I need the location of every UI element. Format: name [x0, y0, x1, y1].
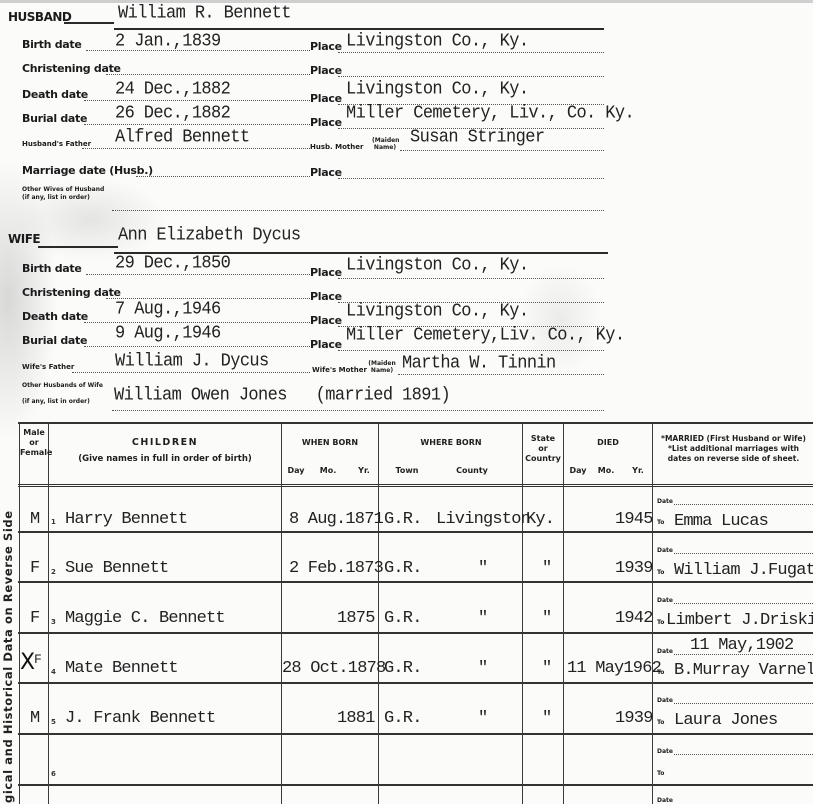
- wife-father: William J. Dycus: [115, 351, 269, 372]
- rule: [38, 246, 118, 248]
- dotted-line: [82, 148, 310, 149]
- wife-death-place: Livingston Co., Ky.: [346, 301, 528, 322]
- header-text: or: [523, 444, 563, 454]
- child-name: Maggie C. Bennett: [65, 609, 225, 628]
- header-children: CHILDREN: [50, 438, 280, 448]
- married-date-label: Date: [657, 748, 673, 755]
- row-rule: [18, 784, 813, 786]
- child-born: 1881: [337, 709, 375, 728]
- child-born: 2 Feb.1873: [289, 559, 383, 578]
- child-number: 5: [51, 718, 56, 726]
- child-town: G.R.: [384, 510, 422, 529]
- child-state: ": [542, 659, 551, 678]
- header-died: DIED: [564, 438, 652, 448]
- child-number: 6: [51, 770, 56, 778]
- col-rule: [48, 422, 49, 804]
- header-died-year: Yr.: [628, 466, 648, 476]
- husband-death-place: Livingston Co., Ky.: [346, 79, 528, 100]
- col-rule: [19, 422, 20, 804]
- child-town: G.R.: [384, 709, 422, 728]
- header-text: dates on reverse side of sheet.: [654, 454, 813, 464]
- header-sex: Male or Female: [20, 428, 48, 458]
- husband-death-date: 24 Dec.,1882: [115, 79, 230, 100]
- header-children-sub: (Give names in full in order of birth): [50, 454, 280, 464]
- child-married-to: William J.Fugate: [674, 561, 813, 580]
- married-date-label: Date: [657, 797, 673, 804]
- place-label: Place: [310, 64, 342, 77]
- row-rule: [18, 682, 813, 684]
- row-rule: [18, 632, 813, 634]
- husband-birth-date: 2 Jan.,1839: [115, 31, 221, 52]
- child-married-to: Limbert J.Driskill: [666, 611, 813, 630]
- death-date-label: Death date: [22, 88, 88, 101]
- row-rule: [18, 733, 813, 735]
- dotted-line: [674, 754, 813, 755]
- place-label: Place: [310, 338, 342, 351]
- child-died: 1939: [615, 709, 653, 728]
- rule: [114, 28, 604, 30]
- genealogy-family-group-sheet: HUSBAND William R. Bennett Birth date 2 …: [0, 0, 813, 804]
- row-rule: [18, 581, 813, 583]
- child-name: Mate Bennett: [65, 659, 178, 678]
- child-county: Livingston: [436, 510, 530, 529]
- husband-mother-label: Husb. Mother: [310, 143, 363, 151]
- place-label: Place: [310, 290, 342, 303]
- dotted-line: [112, 410, 604, 411]
- dotted-line: [136, 176, 310, 177]
- place-label: Place: [310, 166, 342, 179]
- child-county: ": [478, 559, 487, 578]
- child-died: 1939: [615, 559, 653, 578]
- husband-father-label: Husband's Father: [22, 140, 91, 148]
- dotted-line: [338, 278, 604, 279]
- married-date-label: Date: [657, 498, 673, 505]
- child-town: G.R.: [384, 609, 422, 628]
- child-sex: F: [34, 652, 41, 667]
- married-to-label: To: [657, 669, 664, 676]
- header-text: or: [20, 438, 48, 448]
- husband-burial-date: 26 Dec.,1882: [115, 103, 230, 124]
- child-name: J. Frank Bennett: [65, 709, 215, 728]
- header-day: Day: [286, 466, 306, 476]
- wife-burial-date: 9 Aug.,1946: [115, 323, 221, 344]
- dotted-line: [72, 372, 310, 373]
- child-born: 28 Oct.1878: [282, 659, 385, 678]
- burial-date-label: Burial date: [22, 112, 87, 125]
- table-top-rule: [18, 422, 813, 424]
- other-husbands-label: Other Husbands of Wife: [22, 382, 103, 389]
- married-to-label: To: [657, 719, 664, 726]
- wife-mother: Martha W. Tinnin: [402, 353, 556, 374]
- header-died-day: Day: [568, 466, 588, 476]
- child-county: ": [478, 709, 487, 728]
- dotted-line: [84, 100, 310, 101]
- place-label: Place: [310, 266, 342, 279]
- header-bottom-rule: [18, 484, 813, 487]
- child-state: ": [542, 709, 551, 728]
- dotted-line: [338, 178, 604, 179]
- child-town: G.R.: [384, 559, 422, 578]
- header-when-born: WHEN BORN: [282, 438, 378, 448]
- child-number: 4: [51, 668, 56, 676]
- child-name: Harry Bennett: [65, 510, 187, 529]
- header-text: Male: [20, 428, 48, 438]
- child-sex: F: [30, 609, 39, 628]
- burial-date-label: Burial date: [22, 334, 87, 347]
- husband-burial-place: Miller Cemetery, Liv., Co. Ky.: [346, 103, 634, 124]
- header-where-born: WHERE BORN: [380, 438, 522, 448]
- check-mark-x: X: [20, 650, 35, 675]
- place-label: Place: [310, 116, 342, 129]
- header-text: Country: [523, 454, 563, 464]
- header-month: Mo.: [318, 466, 338, 476]
- wife-death-date: 7 Aug.,1946: [115, 299, 221, 320]
- child-died: 1945: [615, 510, 653, 529]
- marriage-date-label: Marriage date (Husb.): [22, 164, 153, 177]
- child-married-to: Emma Lucas: [674, 512, 768, 531]
- husband-name: William R. Bennett: [118, 3, 291, 24]
- maiden-name-label: (Maiden Name): [368, 360, 396, 374]
- child-sex: F: [30, 559, 39, 578]
- col-rule: [378, 422, 379, 804]
- married-date-label: Date: [657, 697, 673, 704]
- wife-mother-label: Wife's Mother: [312, 366, 367, 374]
- husband-mother: Susan Stringer: [410, 127, 544, 148]
- child-county: ": [478, 609, 487, 628]
- header-text: Female: [20, 448, 48, 458]
- child-state: ": [542, 609, 551, 628]
- child-died: 1942: [615, 609, 653, 628]
- child-married-date: 11 May,1902: [690, 636, 793, 655]
- header-state: State or Country: [523, 434, 563, 464]
- header-year: Yr.: [354, 466, 374, 476]
- dotted-line: [338, 76, 604, 77]
- header-county: County: [454, 466, 490, 476]
- child-sex: M: [30, 709, 39, 728]
- dotted-line: [338, 350, 604, 351]
- child-town: G.R.: [384, 659, 422, 678]
- husband-father: Alfred Bennett: [115, 127, 249, 148]
- maiden-name-label: (Maiden Name): [372, 137, 398, 151]
- dotted-line: [674, 603, 813, 604]
- dotted-line: [106, 74, 310, 75]
- child-number: 1: [51, 518, 56, 526]
- married-to-label: To: [657, 619, 664, 626]
- header-died-month: Mo.: [596, 466, 616, 476]
- husband-birth-place: Livingston Co., Ky.: [346, 31, 528, 52]
- child-number: 2: [51, 568, 56, 576]
- child-born: 1875: [337, 609, 375, 628]
- header-text: State: [523, 434, 563, 444]
- dotted-line: [398, 374, 604, 375]
- child-number: 3: [51, 618, 56, 626]
- married-to-label: To: [657, 770, 664, 777]
- birth-date-label: Birth date: [22, 38, 82, 51]
- married-to-label: To: [657, 569, 664, 576]
- child-married-to: Laura Jones: [674, 711, 777, 730]
- wife-father-label: Wife's Father: [22, 363, 74, 371]
- husband-label: HUSBAND: [8, 10, 71, 24]
- dotted-line: [112, 210, 604, 211]
- dotted-line: [674, 703, 813, 704]
- dotted-line: [400, 150, 604, 151]
- place-label: Place: [310, 314, 342, 327]
- rule: [64, 22, 114, 24]
- col-rule: [563, 422, 564, 804]
- wife-birth-date: 29 Dec.,1850: [115, 253, 230, 274]
- other-wives-note: (if any, list in order): [22, 194, 90, 201]
- header-town: Town: [394, 466, 420, 476]
- other-husbands-note: (if any, list in order): [22, 398, 90, 405]
- child-state: ": [542, 559, 551, 578]
- child-county: ": [478, 659, 487, 678]
- married-date-label: Date: [657, 648, 673, 655]
- dotted-line: [84, 346, 310, 347]
- dotted-line: [674, 553, 813, 554]
- side-note-vertical: gical and Historical Data on Reverse Sid…: [1, 413, 17, 803]
- married-date-label: Date: [657, 547, 673, 554]
- other-wives-label: Other Wives of Husband: [22, 186, 104, 193]
- child-state: Ky.: [526, 510, 554, 529]
- child-name: Sue Bennett: [65, 559, 168, 578]
- wife-label: WIFE: [8, 232, 40, 246]
- header-text: *List additional marriages with: [654, 444, 813, 454]
- place-label: Place: [310, 40, 342, 53]
- wife-other-husbands: William Owen Jones (married 1891): [114, 385, 450, 406]
- dotted-line: [338, 52, 604, 53]
- col-rule: [522, 422, 523, 804]
- wife-burial-place: Miller Cemetery,Liv. Co., Ky.: [346, 325, 624, 346]
- death-date-label: Death date: [22, 310, 88, 323]
- col-rule: [281, 422, 282, 804]
- child-born: 8 Aug.1871: [289, 510, 383, 529]
- header-text: *MARRIED (First Husband or Wife): [654, 434, 813, 444]
- child-sex: M: [30, 510, 39, 529]
- child-married-to: B.Murray Varnell: [674, 661, 813, 680]
- wife-name: Ann Elizabeth Dycus: [118, 225, 300, 246]
- row-rule: [18, 531, 813, 533]
- wife-birth-place: Livingston Co., Ky.: [346, 255, 528, 276]
- dotted-line: [84, 124, 310, 125]
- married-date-label: Date: [657, 597, 673, 604]
- birth-date-label: Birth date: [22, 262, 82, 275]
- header-married: *MARRIED (First Husband or Wife) *List a…: [654, 434, 813, 464]
- child-died: 11 May1962: [567, 659, 661, 678]
- dotted-line: [674, 504, 813, 505]
- place-label: Place: [310, 92, 342, 105]
- married-to-label: To: [657, 519, 664, 526]
- dotted-line: [86, 274, 310, 275]
